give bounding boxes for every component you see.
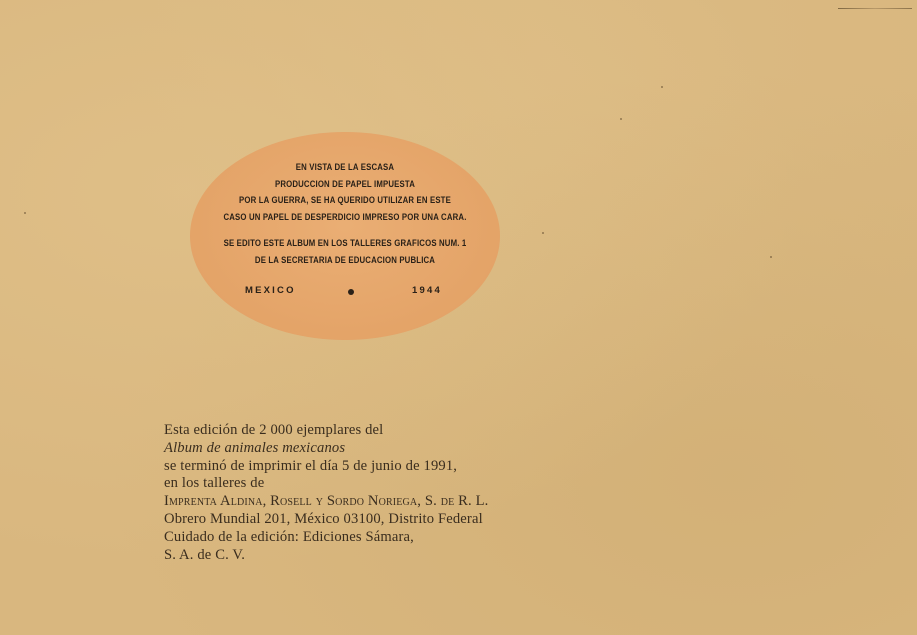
paper-speck	[620, 118, 622, 120]
bullet-separator-icon	[348, 289, 354, 295]
printer-address: Obrero Mundial 201, México 03100, Distri…	[164, 511, 488, 529]
notice-line: SE EDITO ESTE ALBUM EN LOS TALLERES GRAF…	[218, 238, 472, 249]
paper-speck	[770, 256, 772, 258]
editorial-company-suffix: S. A. de C. V.	[164, 547, 488, 565]
paper-speck	[661, 86, 663, 88]
notice-line: POR LA GUERRA, SE HA QUERIDO UTILIZAR EN…	[218, 195, 472, 206]
colophon-page: EN VISTA DE LA ESCASA PRODUCCION DE PAPE…	[0, 0, 917, 635]
notice-line: CASO UN PAPEL DE DESPERDICIO IMPRESO POR…	[218, 212, 472, 223]
edition-colophon: Esta edición de 2 000 ejemplares del Alb…	[164, 422, 488, 564]
printer-name: Imprenta Aldina, Rosell y Sordo Noriega,…	[164, 493, 488, 511]
paper-speck	[24, 212, 26, 214]
colophon-line: se terminó de imprimir el día 5 de junio…	[164, 458, 488, 476]
editorial-care-line: Cuidado de la edición: Ediciones Sámara,	[164, 529, 488, 547]
publication-city: MEXICO	[245, 285, 296, 296]
notice-line: EN VISTA DE LA ESCASA	[218, 162, 472, 173]
paper-crease-mark	[838, 8, 912, 9]
colophon-line: en los talleres de	[164, 475, 488, 493]
notice-line: DE LA SECRETARIA DE EDUCACION PUBLICA	[218, 255, 472, 266]
book-title: Album de animales mexicanos	[164, 440, 488, 458]
publication-year: 1944	[412, 285, 442, 296]
paper-speck	[542, 232, 544, 234]
colophon-line: Esta edición de 2 000 ejemplares del	[164, 422, 488, 440]
paper-shortage-notice: EN VISTA DE LA ESCASA PRODUCCION DE PAPE…	[190, 132, 500, 340]
place-and-year: MEXICO 1944	[190, 285, 500, 299]
notice-line: PRODUCCION DE PAPEL IMPUESTA	[218, 179, 472, 190]
